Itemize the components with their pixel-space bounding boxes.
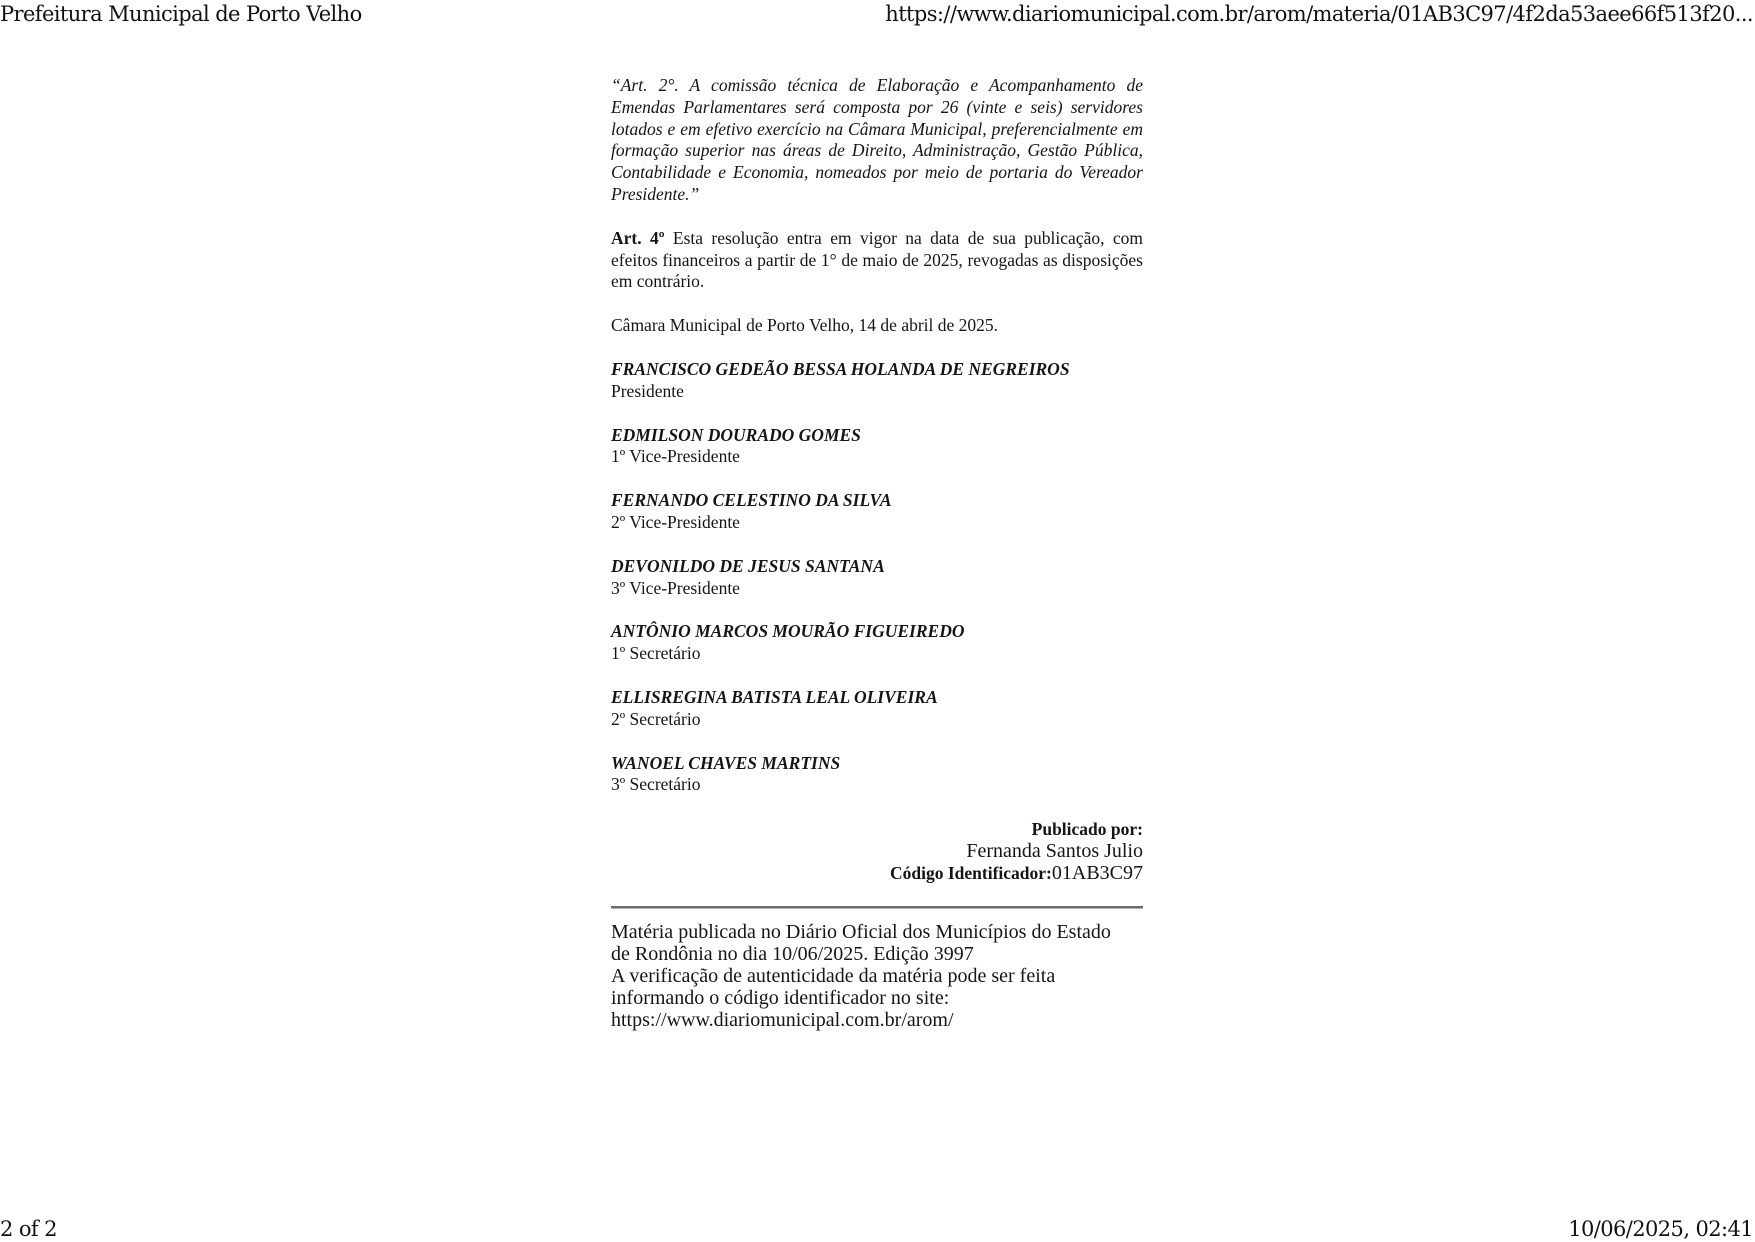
signatory-name: ELLISREGINA BATISTA LEAL OLIVEIRA <box>611 687 1143 709</box>
print-datetime: 10/06/2025, 02:41 <box>1568 1217 1753 1241</box>
place-date: Câmara Municipal de Porto Velho, 14 de a… <box>611 315 1143 337</box>
article-4: Art. 4º Esta resolução entra em vigor na… <box>611 228 1143 293</box>
identifier-code-row: Código Identificador:01AB3C97 <box>611 862 1143 884</box>
signatory-role: 2º Secretário <box>611 709 1143 731</box>
signatory-name: FRANCISCO GEDEÃO BESSA HOLANDA DE NEGREI… <box>611 359 1143 381</box>
signatory-role: 3º Secretário <box>611 774 1143 796</box>
signatory: ELLISREGINA BATISTA LEAL OLIVEIRA 2º Sec… <box>611 687 1143 731</box>
signatory-role: 1º Secretário <box>611 643 1143 665</box>
published-by-label: Publicado por: <box>611 818 1143 840</box>
note-line: A verificação de autenticidade da matéri… <box>611 965 1143 987</box>
published-by-name: Fernanda Santos Julio <box>611 840 1143 862</box>
signatory: FRANCISCO GEDEÃO BESSA HOLANDA DE NEGREI… <box>611 359 1143 403</box>
signatory-role: 2º Vice-Presidente <box>611 512 1143 534</box>
signatory-name: FERNANDO CELESTINO DA SILVA <box>611 490 1143 512</box>
signatory: DEVONILDO DE JESUS SANTANA 3º Vice-Presi… <box>611 556 1143 600</box>
article-4-text: Esta resolução entra em vigor na data de… <box>611 228 1143 292</box>
page-header-url: https://www.diariomunicipal.com.br/arom/… <box>885 2 1753 26</box>
article-4-label: Art. 4º <box>611 228 665 248</box>
divider <box>611 906 1143 909</box>
identifier-code-label: Código Identificador: <box>890 863 1052 883</box>
signatory-role: 3º Vice-Presidente <box>611 578 1143 600</box>
signatory-name: DEVONILDO DE JESUS SANTANA <box>611 556 1143 578</box>
signatory-name: ANTÔNIO MARCOS MOURÃO FIGUEIREDO <box>611 621 1143 643</box>
signatory: ANTÔNIO MARCOS MOURÃO FIGUEIREDO 1º Secr… <box>611 621 1143 665</box>
signatory: FERNANDO CELESTINO DA SILVA 2º Vice-Pres… <box>611 490 1143 534</box>
page-number: 2 of 2 <box>0 1217 57 1241</box>
quoted-article-2: “Art. 2°. A comissão técnica de Elaboraç… <box>611 75 1143 206</box>
signatory-name: EDMILSON DOURADO GOMES <box>611 425 1143 447</box>
verification-site-link[interactable]: https://www.diariomunicipal.com.br/arom/ <box>611 1009 1143 1031</box>
note-line: de Rondônia no dia 10/06/2025. Edição 39… <box>611 943 1143 965</box>
signatory-role: Presidente <box>611 381 1143 403</box>
publication-note: Matéria publicada no Diário Oficial dos … <box>611 921 1143 1031</box>
signatory: EDMILSON DOURADO GOMES 1º Vice-President… <box>611 425 1143 469</box>
signatory-role: 1º Vice-Presidente <box>611 446 1143 468</box>
signatory: WANOEL CHAVES MARTINS 3º Secretário <box>611 753 1143 797</box>
document-body: “Art. 2°. A comissão técnica de Elaboraç… <box>611 75 1143 1031</box>
note-line: informando o código identificador no sit… <box>611 987 1143 1009</box>
page-header-title: Prefeitura Municipal de Porto Velho <box>0 2 362 26</box>
identifier-code: 01AB3C97 <box>1052 862 1143 884</box>
signatory-name: WANOEL CHAVES MARTINS <box>611 753 1143 775</box>
note-line: Matéria publicada no Diário Oficial dos … <box>611 921 1143 943</box>
publication-info: Publicado por: Fernanda Santos Julio Cód… <box>611 818 1143 884</box>
